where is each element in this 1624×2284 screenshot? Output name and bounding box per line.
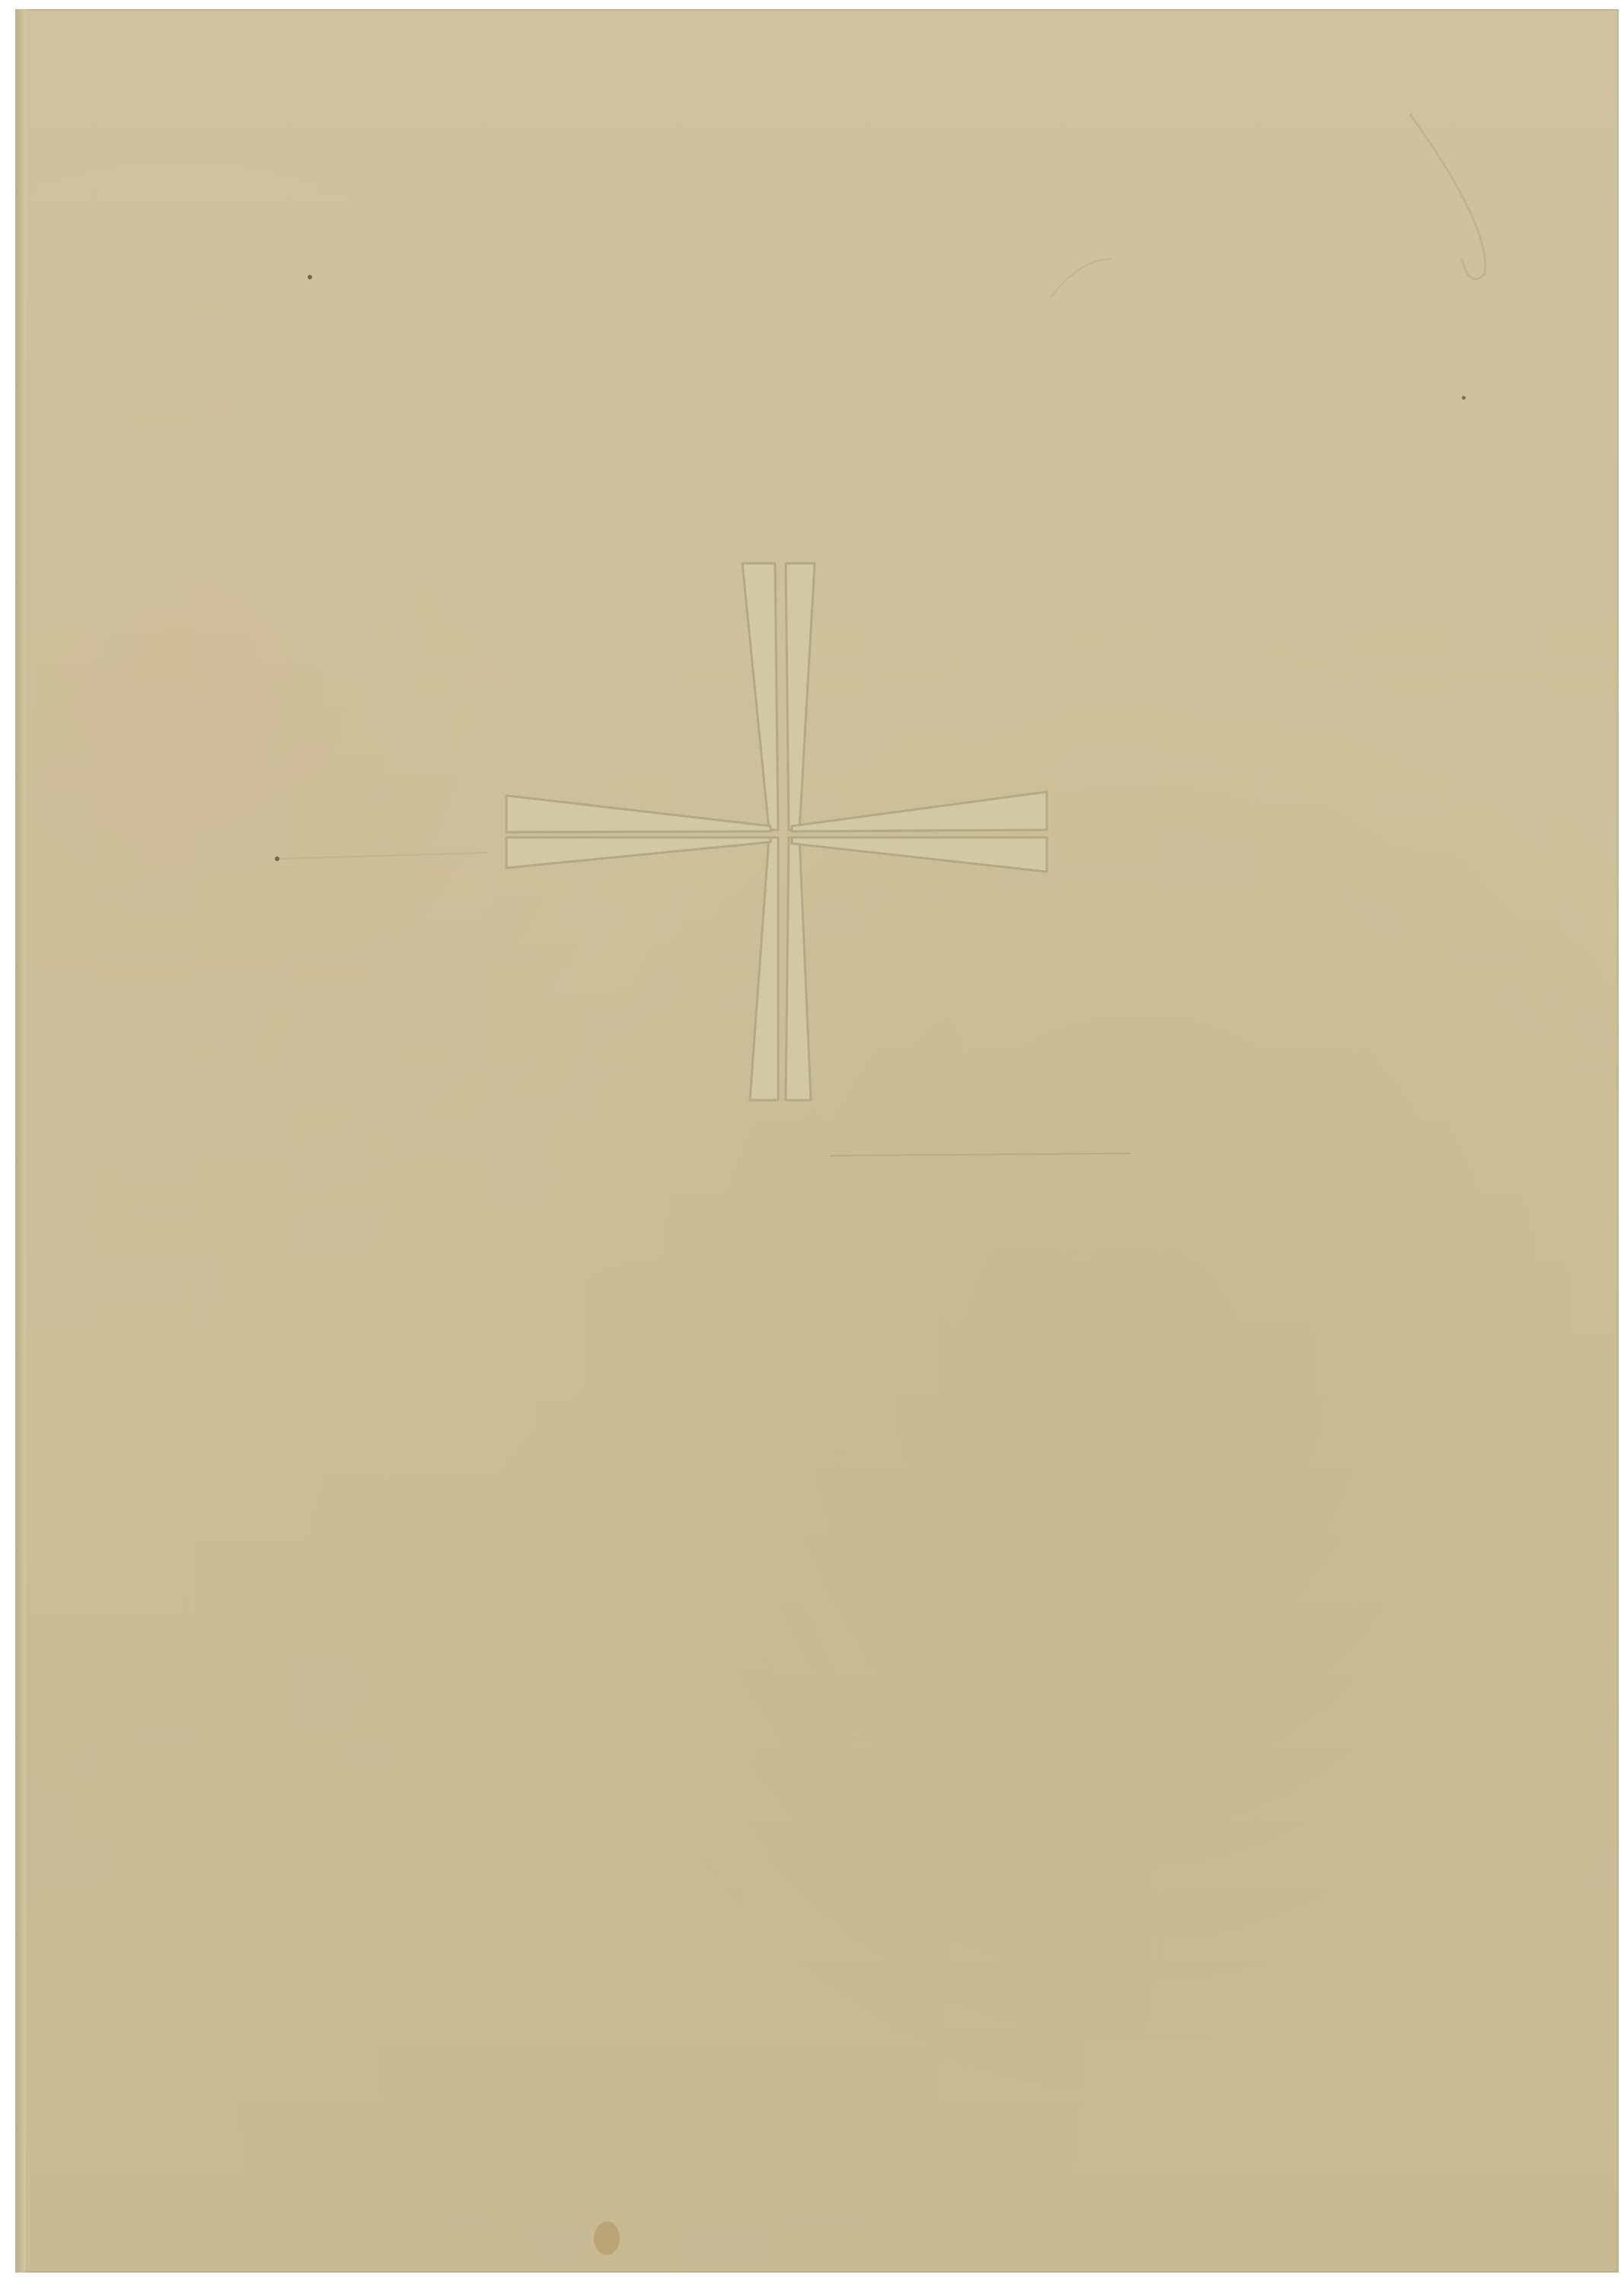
- stain-spot: [594, 2222, 620, 2255]
- speck: [1462, 396, 1466, 400]
- speck: [308, 275, 312, 279]
- cross-icon: [0, 0, 1624, 2284]
- speck: [275, 856, 279, 861]
